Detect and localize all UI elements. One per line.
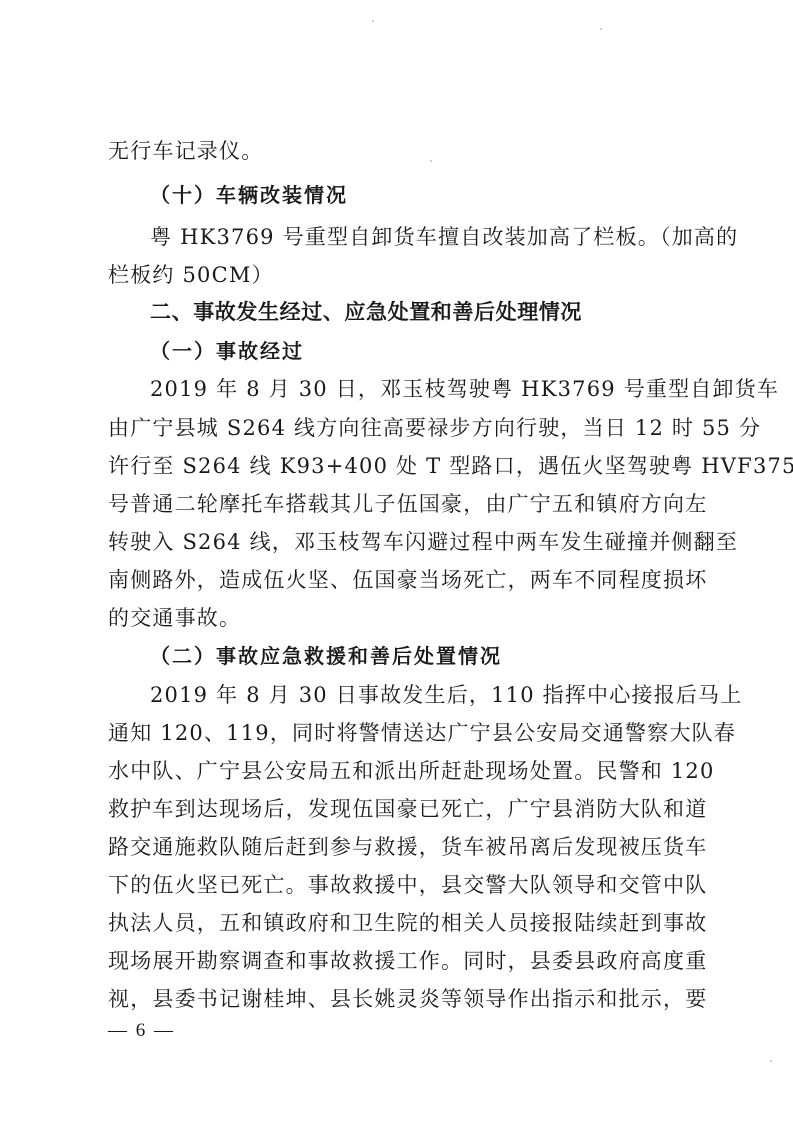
paragraph-line: 视，县委书记谢桂坤、县长姚灵炎等领导作出指示和批示，要 [108,986,688,1012]
paragraph-line: 路交通施救队随后赶到参与救援，货车被吊离后发现被压货车 [108,834,688,860]
paragraph-line: 下的伍火坚已死亡。事故救援中，县交警大队领导和交管中队 [108,872,688,898]
subsection-heading: （二）事故应急救援和善后处置情况 [150,643,688,669]
paragraph-line: 南侧路外，造成伍火坚、伍国豪当场死亡，两车不同程度损坏 [108,567,688,593]
page-number: — 6 — [108,1020,175,1042]
paragraph-line: 粤 HK3769 号重型自卸货车擅自改装加高了栏板。（加高的 [150,224,688,250]
scan-speck [372,20,374,22]
paragraph-line: 许行至 S264 线 K93+400 处 T 型路口，遇伍火坚驾驶粤 HVF37… [108,453,688,479]
paragraph-line: 水中队、广宁县公安局五和派出所赶赴现场处置。民警和 120 [108,758,688,784]
document-page: 无行车记录仪。（十）车辆改装情况粤 HK3769 号重型自卸货车擅自改装加高了栏… [0,0,793,1122]
paragraph-line: 通知 120、119，同时将警情送达广宁县公安局交通警察大队春 [108,720,688,746]
paragraph-line: 由广宁县城 S264 线方向往高要禄步方向行驶，当日 12 时 55 分 [108,415,688,441]
paragraph-line: 栏板约 50CM） [108,262,688,288]
scan-speck [430,160,432,162]
paragraph-line: 现场展开勘察调查和事故救援工作。同时，县委县政府高度重 [108,948,688,974]
paragraph-line: 2019 年 8 月 30 日事故发生后，110 指挥中心接报后马上 [150,682,688,708]
scan-speck [770,1060,772,1062]
section-heading: 二、事故发生经过、应急处置和善后处理情况 [150,299,688,325]
paragraph-line: 无行车记录仪。 [108,138,688,164]
paragraph-line: 的交通事故。 [108,605,688,631]
paragraph-line: 执法人员，五和镇政府和卫生院的相关人员接报陆续赶到事故 [108,910,688,936]
subsection-heading: （十）车辆改装情况 [150,182,688,208]
paragraph-line: 号普通二轮摩托车搭载其儿子伍国豪，由广宁五和镇府方向左 [108,491,688,517]
paragraph-line: 转驶入 S264 线，邓玉枝驾车闪避过程中两车发生碰撞并侧翻至 [108,529,688,555]
scan-speck [600,28,602,30]
subsection-heading: （一）事故经过 [150,338,688,364]
paragraph-line: 救护车到达现场后，发现伍国豪已死亡，广宁县消防大队和道 [108,796,688,822]
paragraph-line: 2019 年 8 月 30 日，邓玉枝驾驶粤 HK3769 号重型自卸货车 [150,376,688,402]
